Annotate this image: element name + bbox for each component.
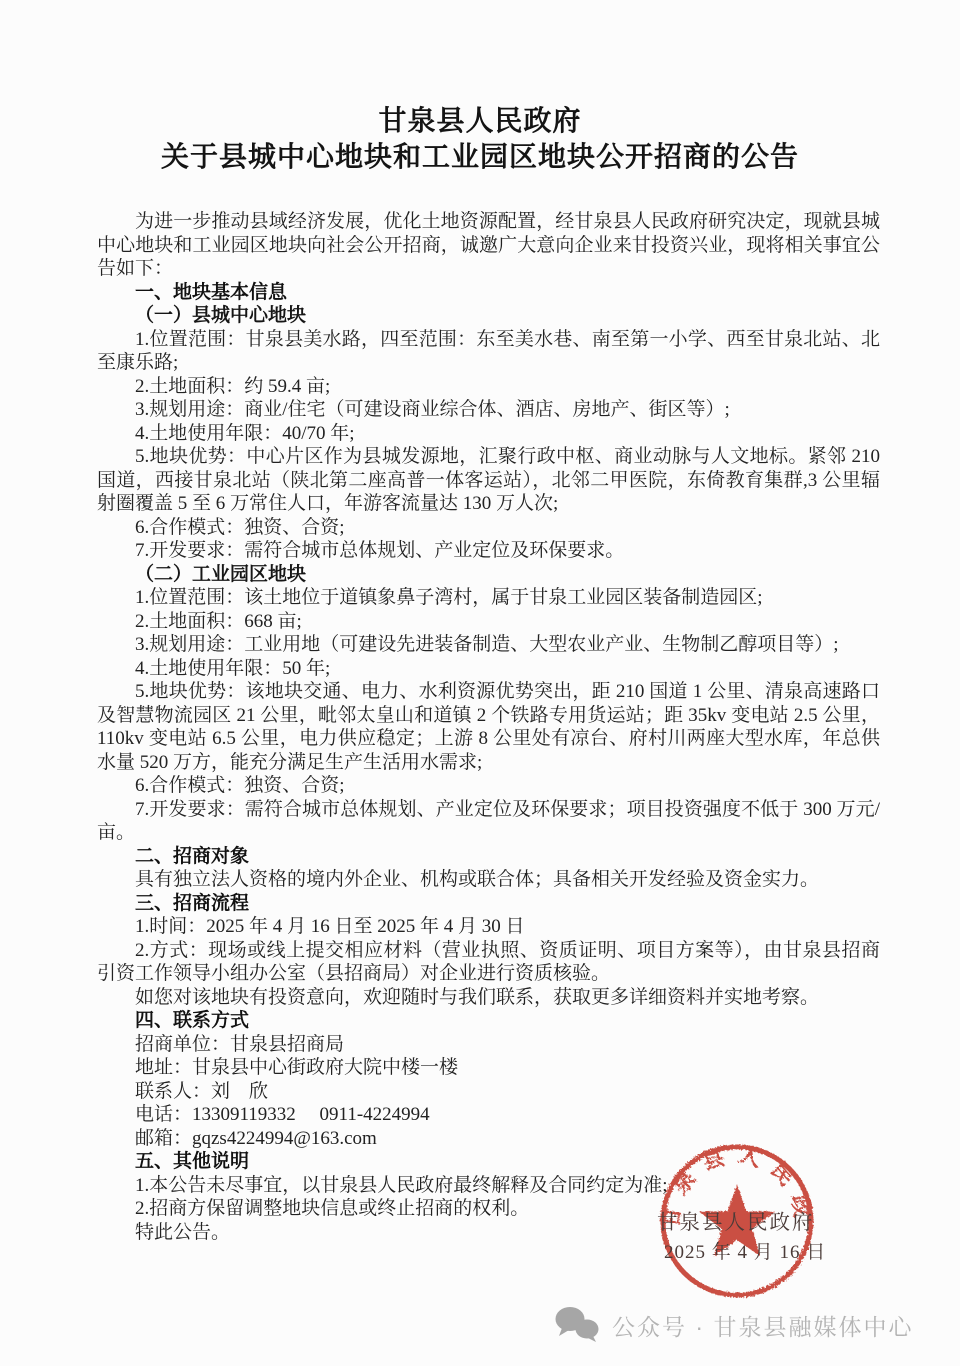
- section-heading-4: 四、联系方式: [97, 1009, 880, 1033]
- section-heading-1: 一、地块基本信息: [97, 281, 880, 305]
- signature-issuer: 甘泉县人民政府: [657, 1205, 815, 1235]
- document-page: 甘泉县人民政府 关于县城中心地块和工业园区地块公开招商的公告 为进一步推动县域经…: [0, 0, 960, 1366]
- doc-paragraph: 1.时间：2025 年 4 月 16 日至 2025 年 4 月 30 日: [97, 915, 880, 939]
- contact-unit: 招商单位：甘泉县招商局: [97, 1033, 880, 1057]
- doc-paragraph: 1.位置范围：甘泉县美水路，四至范围：东至美水巷、南至第一小学、西至甘泉北站、北…: [97, 328, 880, 375]
- title-line-2: 关于县城中心地块和工业园区地块公开招商的公告: [0, 140, 960, 176]
- account-name-label[interactable]: 公众号 · 甘泉县融媒体中心: [612, 1309, 913, 1342]
- doc-paragraph: 4.土地使用年限：40/70 年;: [97, 422, 880, 446]
- section-heading-3: 三、招商流程: [97, 892, 880, 916]
- doc-paragraph: 具有独立法人资格的境内外企业、机构或联合体；具备相关开发经验及资金实力。: [97, 868, 880, 892]
- doc-paragraph: 5.地块优势：该地块交通、电力、水利资源优势突出，距 210 国道 1 公里、清…: [97, 680, 880, 774]
- section-heading-2: 二、招商对象: [97, 845, 880, 869]
- document-body: 为进一步推动县域经济发展，优化土地资源配置，经甘泉县人民政府研究决定，现就县城中…: [97, 210, 880, 1244]
- doc-paragraph: 2.土地面积：668 亩;: [97, 610, 880, 634]
- title-line-1: 甘泉县人民政府: [0, 104, 960, 140]
- doc-paragraph: 如您对该地块有投资意向，欢迎随时与我们联系，获取更多详细资料并实地考察。: [97, 986, 880, 1010]
- subsection-heading-1-2: （二）工业园区地块: [97, 563, 880, 587]
- doc-paragraph: 1.位置范围：该土地位于道镇象鼻子湾村，属于甘泉工业园区装备制造园区;: [97, 586, 880, 610]
- doc-paragraph: 6.合作模式：独资、合资;: [97, 774, 880, 798]
- document-title: 甘泉县人民政府 关于县城中心地块和工业园区地块公开招商的公告: [0, 104, 960, 176]
- subsection-heading-1-1: （一）县城中心地块: [97, 304, 880, 328]
- doc-paragraph: 4.土地使用年限：50 年;: [97, 657, 880, 681]
- doc-paragraph: 2.方式：现场或线上提交相应材料（营业执照、资质证明、项目方案等），由甘泉县招商…: [97, 939, 880, 986]
- doc-paragraph: 6.合作模式：独资、合资;: [97, 516, 880, 540]
- doc-paragraph: 3.规划用途：商业/住宅（可建设商业综合体、酒店、房地产、街区等）;: [97, 398, 880, 422]
- wechat-account-bar[interactable]: 公众号 · 甘泉县融媒体中心: [554, 1306, 913, 1344]
- doc-paragraph: 5.地块优势：中心片区作为县城发源地，汇聚行政中枢、商业动脉与人文地标。紧邻 2…: [97, 445, 880, 516]
- doc-paragraph: 7.开发要求：需符合城市总体规划、产业定位及环保要求。: [97, 539, 880, 563]
- wechat-icon: [554, 1306, 600, 1344]
- doc-paragraph: 2.土地面积：约 59.4 亩;: [97, 375, 880, 399]
- contact-address: 地址：甘泉县中心街政府大院中楼一楼: [97, 1056, 880, 1080]
- contact-person: 联系人：刘 欣: [97, 1080, 880, 1104]
- contact-phone: 电话：13309119332 0911-4224994: [97, 1103, 880, 1127]
- intro-paragraph: 为进一步推动县域经济发展，优化土地资源配置，经甘泉县人民政府研究决定，现就县城中…: [97, 210, 880, 281]
- doc-paragraph: 3.规划用途：工业用地（可建设先进装备制造、大型农业产业、生物制乙醇项目等）;: [97, 633, 880, 657]
- doc-paragraph: 7.开发要求：需符合城市总体规划、产业定位及环保要求；项目投资强度不低于 300…: [97, 798, 880, 845]
- signature-date: 2025 年 4 月 16 日: [664, 1237, 826, 1264]
